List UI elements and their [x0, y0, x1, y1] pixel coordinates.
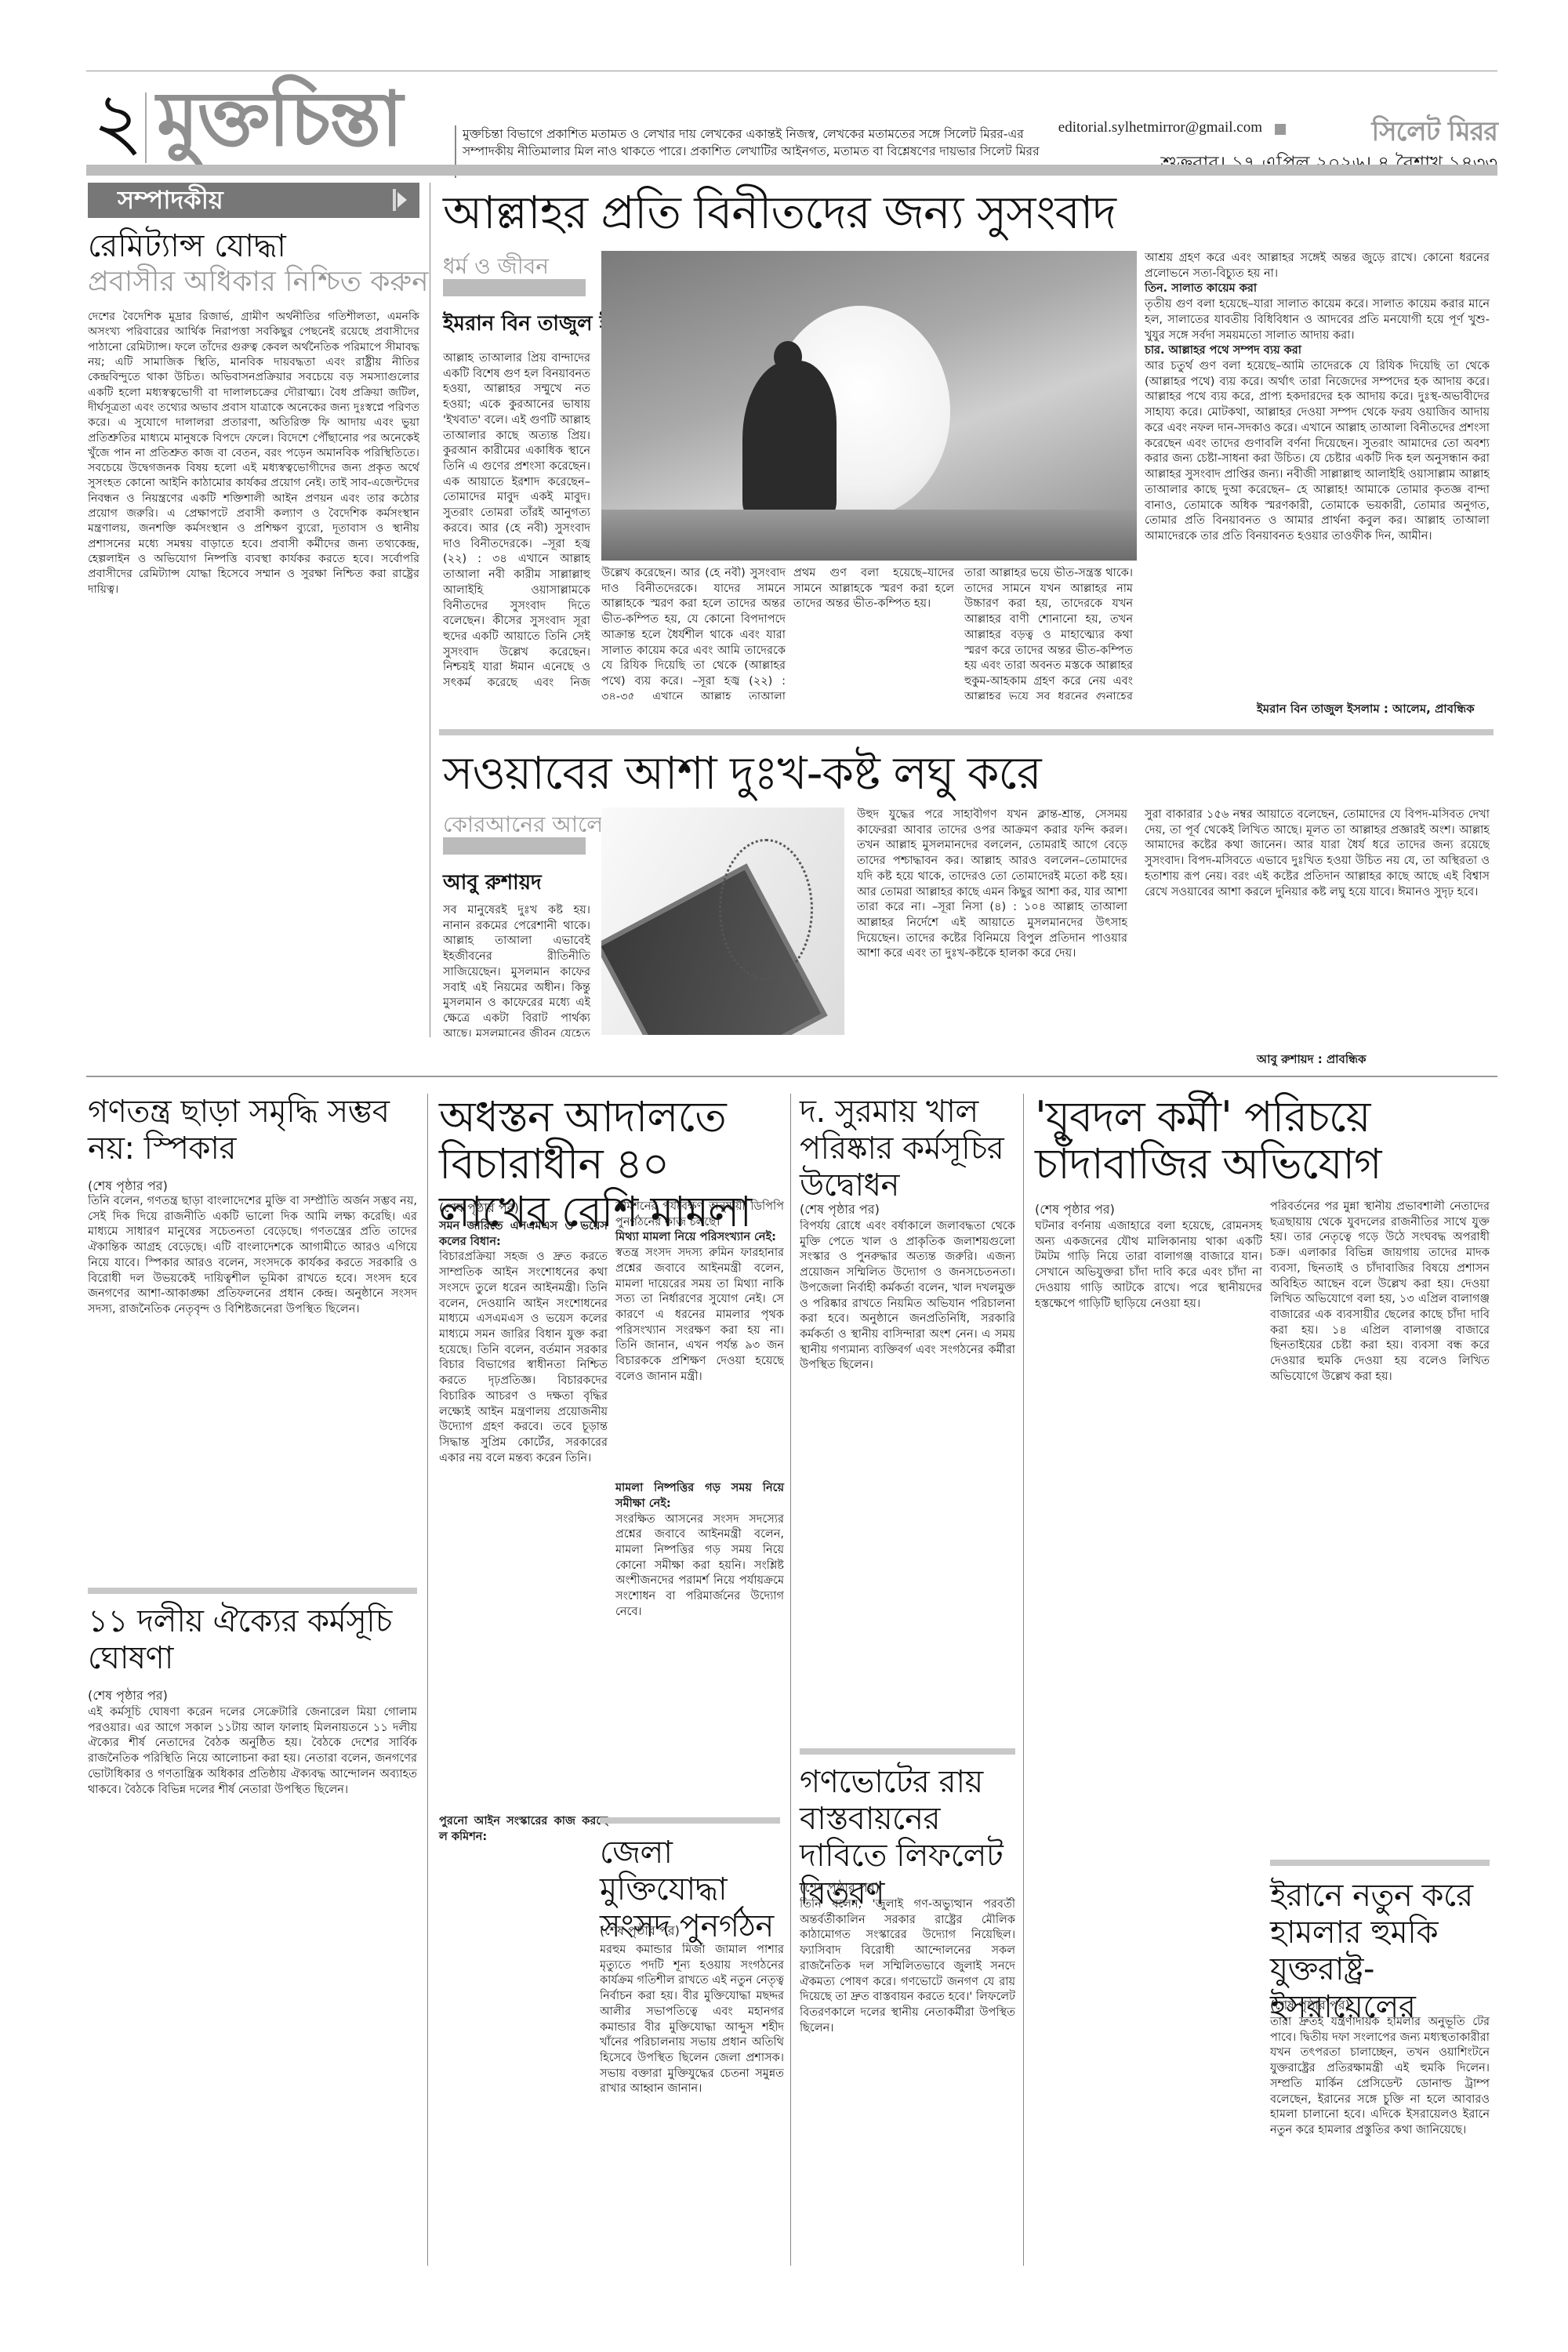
column-divider	[790, 1094, 791, 2266]
news-court-col1: সমন জারিতে এসএমএস ও ভয়েস কলের বিধান: বি…	[439, 1219, 608, 1846]
continued-label: (শেষ পৃষ্ঠার পর)	[439, 1198, 519, 1219]
kicker-bar	[443, 279, 586, 296]
prayer-silhouette-photo	[601, 251, 1137, 561]
masthead-separator	[145, 93, 147, 163]
article1-col2: উল্লেখ করেছেন। আর (হে নবী) সুসংবাদ দাও ব…	[601, 566, 786, 699]
article2-col3: সুরা বাকারার ১৫৬ নম্বর আয়াতে বলেছেন, তো…	[1145, 808, 1490, 1011]
head-silhouette	[774, 341, 802, 372]
article2-col2: উহুদ যুদ্ধের পরে সাহাবীগণ যখন ক্লান্ত-শ্…	[857, 808, 1127, 1035]
continued-label: (শেষ পৃষ্ঠার পর)	[800, 1878, 880, 1899]
court-subhead-duration: মামলা নিষ্পত্তির গড় সময় নিয়ে সমীক্ষা …	[615, 1481, 784, 1512]
court-body4: সংরক্ষিত আসনের সংসদ সদস্যের প্রশ্নের জবা…	[615, 1512, 784, 1748]
news-extortion-body2: পরিবর্তনের পর মুন্না স্থানীয় প্রভাবশালী…	[1270, 1200, 1490, 1842]
continued-label: (শেষ পৃষ্ঠার পর)	[1270, 1995, 1350, 2016]
news-speaker-headline: গণতন্ত্র ছাড়া সমৃদ্ধি সম্ভব নয়: স্পিকা…	[88, 1094, 417, 1167]
article2-col1: সব মানুষেরই দুঃখ কষ্ট হয়। নানান রকমের প…	[443, 903, 590, 1036]
subhead-spending: চার. আল্লাহর পথে সম্পদ ব্যয় করা	[1145, 343, 1490, 359]
court-body1: বিচারপ্রক্রিয়া সহজ ও দ্রুত করতে সাম্প্র…	[439, 1250, 608, 1814]
article1-col4b: তৃতীয় গুণ বলা হয়েছে–যারা সালাত কায়েম …	[1145, 297, 1490, 343]
court-subhead-lawcommission: পুরনো আইন সংস্কারের কাজ করছে ল কমিশন:	[439, 1814, 608, 1845]
continued-label: (শেষ পৃষ্ঠার পর)	[1035, 1200, 1115, 1221]
court-body2: কমিশনের পর্যবেক্ষণ অনুযায়ী ডিপিপি পুনর্…	[615, 1200, 784, 1230]
kicker-bar	[443, 837, 586, 855]
continued-label: (শেষ পৃষ্ঠার পর)	[600, 1921, 680, 1942]
page-section-rule	[86, 1076, 1497, 1077]
top-rule	[86, 71, 1497, 71]
editorial-section-label: সম্পাদকীয়	[88, 183, 419, 218]
news-extortion-headline: 'যুবদল কর্মী' পরিচয়ে চাঁদাবাজির অভিযোগ	[1035, 1094, 1490, 1189]
article1-col3: তারা আল্লাহর ভয়ে ভীত-সন্ত্রস্ত থাকে। তা…	[964, 566, 1133, 699]
editorial-subtitle: প্রবাসীর অধিকার নিশ্চিত করুন	[88, 267, 429, 298]
column-divider	[427, 1094, 428, 2266]
article2-headline: সওয়াবের আশা দুঃখ-কষ্ট লঘু করে	[443, 749, 1149, 798]
continued-label: (শেষ পৃষ্ঠার পর)	[88, 1686, 168, 1707]
court-body3: স্বতন্ত্র সংসদ সদস্য রুমিন ফারহানার প্রশ…	[615, 1246, 784, 1481]
masthead-band	[86, 165, 1497, 176]
news-canal-headline: দ. সুরমায় খাল পরিষ্কার কর্মসূচির উদ্বোধ…	[800, 1094, 1051, 1205]
news-court-col2: কমিশনের পর্যবেক্ষণ অনুযায়ী ডিপিপি পুনর্…	[615, 1200, 784, 1748]
section-divider	[600, 1817, 780, 1824]
article1-col4a: আশ্রয় গ্রহণ করে এবং আল্লাহর সঙ্গেই অন্ত…	[1145, 251, 1490, 281]
prayer-beads-shape	[719, 839, 813, 980]
section-name: মুক্তচিন্তা	[157, 78, 401, 162]
quran-book-photo	[601, 808, 844, 1035]
article2-byline: আবু রুশায়দ	[443, 866, 542, 901]
article1-headline: আল্লাহর প্রতি বিনীতদের জন্য সুসংবাদ	[443, 188, 1149, 238]
arrow-bar-icon	[393, 189, 396, 211]
editorial-title: রেমিট্যান্স যোদ্ধা	[88, 229, 286, 263]
continued-label: (শেষ পৃষ্ঠার পর)	[800, 1200, 880, 1221]
editorial-section-text: সম্পাদকীয়	[118, 185, 223, 215]
article1-col4c: আর চতুর্থ গুণ বলা হয়েছে–আমি তাদেরকে যে …	[1145, 359, 1490, 704]
article1-col2b: প্রথম গুণ বলা হয়েছে–যাদের সামনে আল্লাহক…	[793, 566, 954, 699]
article1-col1: আল্লাহ তাআলার প্রিয় বান্দাদের একটি বিশে…	[443, 351, 590, 688]
play-arrow-icon	[397, 192, 407, 208]
section-divider	[800, 1748, 1015, 1755]
news-canal-body: বিপর্যয় রোধে এবং বর্ষাকালে জলাবদ্ধতা থে…	[800, 1219, 1015, 1721]
article2-author-note: আবু রুশায়দ : প্রাবন্ধিক	[1257, 1051, 1367, 1070]
court-subhead-sms: সমন জারিতে এসএমএস ও ভয়েস কলের বিধান:	[439, 1219, 608, 1250]
article1-col4: আশ্রয় গ্রহণ করে এবং আল্লাহর সঙ্গেই অন্ত…	[1145, 251, 1490, 704]
section-divider	[88, 1588, 417, 1594]
page-number: ২	[93, 82, 143, 161]
person-silhouette	[742, 361, 837, 517]
section-divider	[1270, 1860, 1490, 1866]
news-alliance-body: এই কর্মসূচি ঘোষণা করেন দলের সেক্রেটারি জ…	[88, 1705, 417, 2262]
news-speaker-body: তিনি বলেন, গণতন্ত্র ছাড়া বাংলাদেশের মুক…	[88, 1194, 417, 1602]
section-divider	[439, 729, 1494, 735]
column-divider	[430, 183, 430, 1037]
subhead-salat: তিন. সালাত কায়েম করা	[1145, 281, 1490, 297]
editorial-body: দেশের বৈদেশিক মুদ্রার রিজার্ভ, গ্রামীণ অ…	[88, 310, 419, 1015]
article1-author-note: ইমরান বিন তাজুল ইসলাম : আলেম, প্রাবন্ধিক	[1257, 700, 1475, 720]
square-bullet-icon	[1275, 124, 1286, 135]
news-iran-body: তারা দ্রুতই যন্ত্রণাদায়ক হামলার অনুভূতি…	[1270, 2015, 1490, 2266]
news-freedom-fighters-body: মরহুম কমান্ডার মির্জা জামাল পাশার মৃত্যু…	[600, 1943, 784, 2264]
news-alliance-headline: ১১ দলীয় ঐক্যের কর্মসূচি ঘোষণা	[88, 1603, 417, 1677]
sea-band	[601, 510, 1137, 561]
news-leaflet-body: তিনি বলেন, 'জুলাই গণ-অভ্যুত্থান পরবর্তী …	[800, 1897, 1015, 2266]
editorial-email[interactable]: editorial.sylhetmirror@gmail.com	[1058, 119, 1262, 136]
column-divider	[1023, 1094, 1024, 2266]
court-subhead-falsecase: মিথ্যা মামলা নিয়ে পরিসংখ্যান নেই:	[615, 1230, 784, 1246]
news-extortion-body1: ঘটনার বর্ণনায় এজাহারে বলা হয়েছে, রোমনস…	[1035, 1219, 1262, 2262]
